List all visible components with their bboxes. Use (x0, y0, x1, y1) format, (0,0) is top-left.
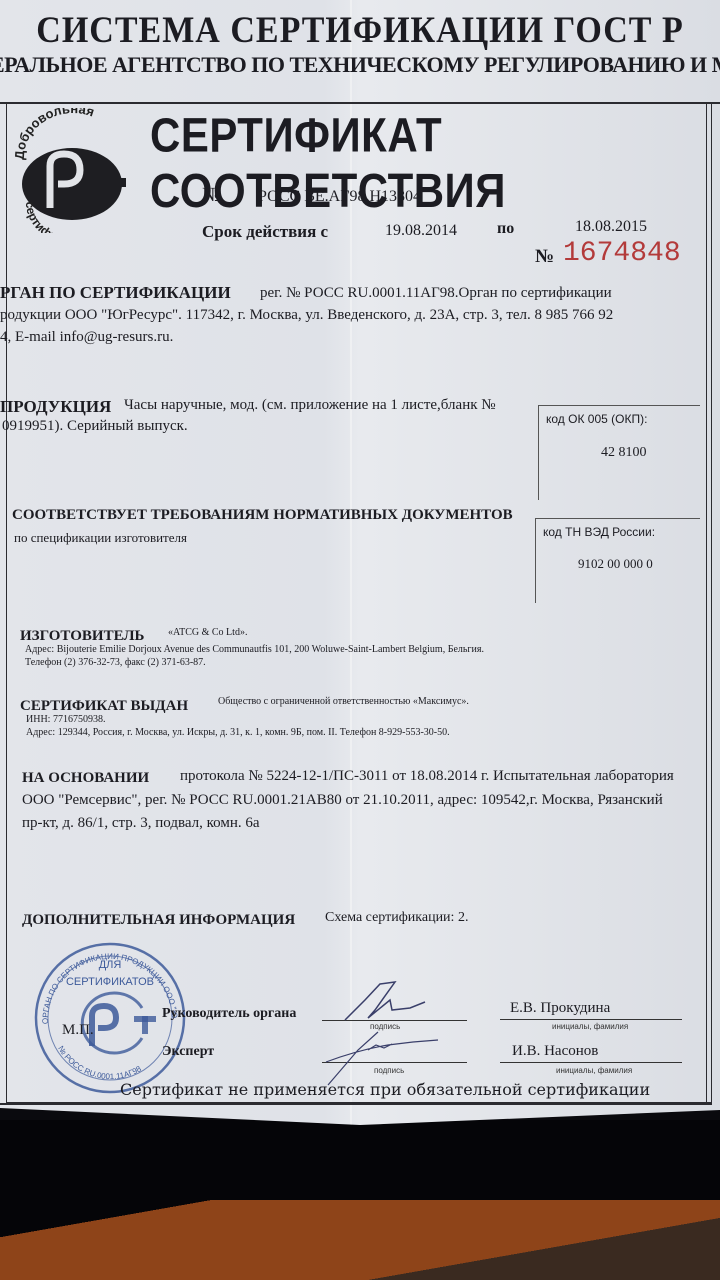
issued-to-name: Общество с ограниченной ответственностью… (218, 696, 469, 707)
manufacturer-phone: Телефон (2) 376-32-73, факс (2) 371-63-8… (25, 657, 206, 668)
head-signature-scribble (340, 980, 430, 1025)
system-title: СИСТЕМА СЕРТИФИКАЦИИ ГОСТ Р (0, 10, 720, 52)
valid-from: 19.08.2014 (385, 222, 457, 240)
certification-body-line: 4, E-mail info@ug-resurs.ru. (0, 329, 173, 346)
stamp-mp-label: М.П. (62, 1022, 94, 1039)
head-label: Руководитель органа (162, 1006, 296, 1022)
valid-to: 18.08.2015 (575, 218, 647, 236)
issued-to-inn: ИНН: 7716750938. (26, 714, 105, 725)
agency-name: ЕРАЛЬНОЕ АГЕНТСТВО ПО ТЕХНИЧЕСКОМУ РЕГУЛ… (0, 52, 720, 78)
valid-to-label: по (497, 220, 514, 238)
head-name-line (500, 1019, 682, 1020)
okp-code-label: код ОК 005 (ОКП): (546, 412, 647, 426)
svg-text:ДЛЯ: ДЛЯ (99, 959, 122, 971)
number-sign: № (202, 184, 221, 207)
product-label: ПРОДУКЦИЯ (0, 397, 111, 417)
certification-body-line: родукции ООО "ЮгРесурс". 117342, г. Моск… (0, 307, 613, 324)
additional-info-label: ДОПОЛНИТЕЛЬНАЯ ИНФОРМАЦИЯ (22, 912, 295, 929)
expert-label: Эксперт (162, 1044, 214, 1060)
pct-logo: Добровольная сертификация (10, 108, 130, 233)
manufacturer-name: «ATCG & Co Ltd». (168, 627, 247, 638)
head-name: Е.В. Прокудина (510, 1000, 610, 1017)
issued-to-address: Адрес: 129344, Россия, г. Москва, ул. Ис… (26, 727, 450, 738)
certificate-sheet: СИСТЕМА СЕРТИФИКАЦИИ ГОСТ Р ЕРАЛЬНОЕ АГЕ… (0, 0, 720, 1135)
head-name-caption: инициалы, фамилия (552, 1022, 628, 1031)
basis-line: пр-кт, д. 86/1, стр. 3, подвал, комн. 6а (22, 815, 260, 832)
validity-label: Срок действия с (202, 222, 328, 242)
certification-body-line: рег. № РОСС RU.0001.11АГ98.Орган по серт… (260, 285, 612, 302)
additional-info-text: Схема сертификации: 2. (325, 910, 468, 926)
blank-number: 1674848 (563, 238, 681, 269)
certification-body-label: РГАН ПО СЕРТИФИКАЦИИ (0, 283, 231, 303)
expert-name-line (500, 1062, 682, 1063)
svg-text:СЕРТИФИКАТОВ: СЕРТИФИКАТОВ (66, 976, 154, 988)
pct-mark-icon: Добровольная сертификация (10, 108, 130, 233)
table-edge-bottom (0, 1200, 720, 1280)
expert-name: И.В. Насонов (512, 1043, 598, 1060)
product-line: Часы наручные, мод. (см. приложение на 1… (124, 397, 496, 414)
header-divider (0, 102, 720, 104)
tnved-code-value: 9102 00 000 0 (578, 556, 653, 572)
manufacturer-address: Адрес: Bijouterie Emilie Dorjoux Avenue … (25, 644, 484, 655)
blank-number-sign: № (535, 246, 554, 268)
conformity-label: СООТВЕТСТВУЕТ ТРЕБОВАНИЯМ НОРМАТИВНЫХ ДО… (12, 507, 513, 524)
conformity-text: по спецификации изготовителя (14, 530, 187, 546)
footer-note: Сертификат не применяется при обязательн… (120, 1080, 650, 1099)
issued-to-label: СЕРТИФИКАТ ВЫДАН (20, 698, 188, 715)
product-line: 0919951). Серийный выпуск. (2, 418, 188, 435)
basis-label: НА ОСНОВАНИИ (22, 770, 149, 787)
basis-line: ООО "Ремсервис", рег. № РОСС RU.0001.21А… (22, 792, 663, 809)
expert-name-caption: инициалы, фамилия (556, 1066, 632, 1075)
document-title: СЕРТИФИКАТ СООТВЕТСТВИЯ (150, 108, 720, 218)
certificate-number: РОСС BE.АГ98.Н13804 (258, 188, 421, 206)
manufacturer-label: ИЗГОТОВИТЕЛЬ (20, 628, 144, 645)
tnved-code-label: код ТН ВЭД России: (543, 525, 655, 539)
okp-code-value: 42 8100 (601, 445, 647, 461)
basis-line: протокола № 5224-12-1/ПС-3011 от 18.08.2… (180, 768, 674, 785)
frame-bottom-line (0, 1103, 712, 1105)
